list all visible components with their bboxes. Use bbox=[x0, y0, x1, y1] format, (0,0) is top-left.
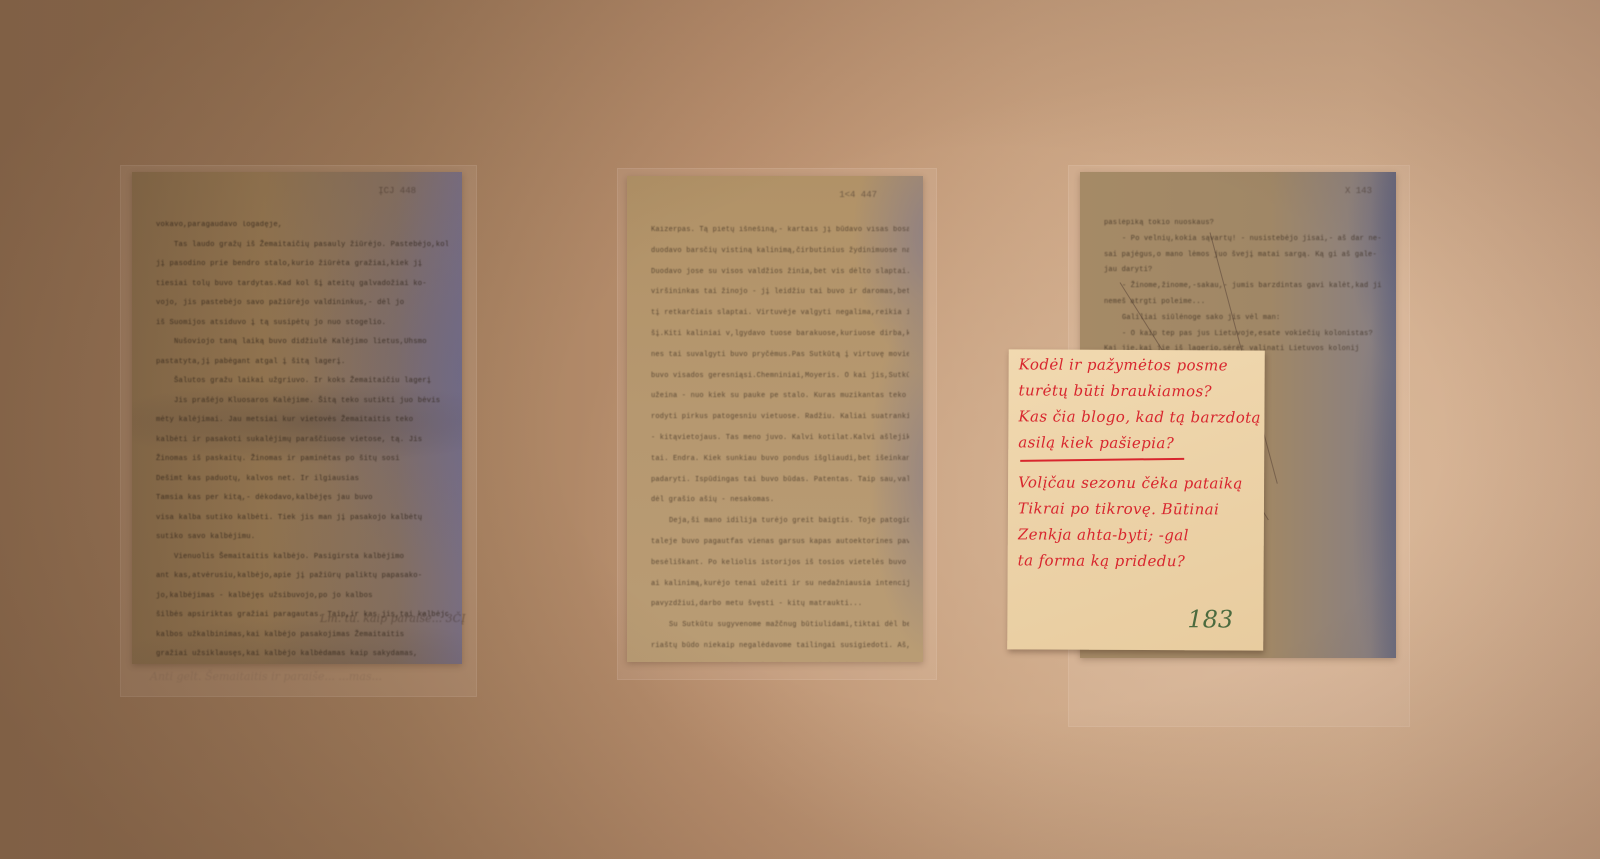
text-line: Nušoviojo taną laiką buvo didžiulė Kalėj… bbox=[156, 333, 448, 353]
typewritten-text: Kaizerpas. Tą pietų išnešiną,- kartais j… bbox=[651, 220, 909, 662]
text-line: užeina - nuo kiek su pauke pe stalo. Kur… bbox=[651, 386, 909, 407]
text-line: nes tai suvalgyti buvo pryčėmus.Pas Sutk… bbox=[651, 345, 909, 366]
text-line: iš Suomijos atsiduvo į tą susipėtų jo nu… bbox=[156, 314, 448, 334]
text-line: Žinomas iš paskaitų. Žinomas ir paminėta… bbox=[156, 450, 448, 470]
note-line: Tikrai po tikrovę. Būtinai bbox=[1018, 495, 1260, 522]
text-line: - Žinome,žinome,-sakau,- jumis barzdinta… bbox=[1104, 279, 1382, 295]
text-line: Dešimt kas paduotų, kalvos net. Ir ilgia… bbox=[156, 470, 448, 490]
text-line: Su Sutkūtu sugyvenome mažčnug būtiulidam… bbox=[651, 615, 909, 636]
page-number: ĮCJ 448 bbox=[378, 186, 416, 196]
text-line: pavyzdžiui,darbo metu švęsti - kitų matr… bbox=[651, 594, 909, 615]
text-line: Tamsia kas per kitą,- dėkodavo,kalbėjęs … bbox=[156, 489, 448, 509]
text-line: Šalutos gražu laikai užgriuvo. Ir koks Ž… bbox=[156, 372, 448, 392]
text-line: taleje buvo pagautfas vienas garsus kapa… bbox=[651, 532, 909, 553]
text-line: pastatyta,jį pabėgant atgal į šitą lager… bbox=[156, 353, 448, 373]
folio-number: 183 bbox=[1187, 605, 1233, 633]
note-line: Kodėl ir pažymėtos posme bbox=[1019, 351, 1261, 378]
text-line: Tas laudo gražų iš Žemaitaičių pasauly ž… bbox=[156, 236, 448, 256]
text-line: sai pajėgus,o mano lėmos juo švejį matai… bbox=[1104, 248, 1382, 264]
text-line: viršininkas tai žinojo - jį leidžiu tai … bbox=[651, 282, 909, 303]
text-line: Jis prašėjo Kluosaros Kalėjime. Šitą tek… bbox=[156, 392, 448, 412]
text-line: besėliškant. Po keliolis istorijos iš to… bbox=[651, 553, 909, 574]
text-line: dėl grašio ašių - nesakomas. bbox=[651, 490, 909, 511]
faint-signature: Lm. tu. kaip paraiše... 3ČĮ bbox=[320, 612, 465, 625]
text-line: padaryti. Ispūdingas tai buvo būdas. Pat… bbox=[651, 470, 909, 491]
text-line: jo,kalbėjimas - kalbėjęs užsibuvojo,po j… bbox=[156, 587, 448, 607]
handwritten-sticky-note: Kodėl ir pažymėtos posme turėtų būti bra… bbox=[1007, 349, 1265, 650]
typewritten-page-middle: 1<4 447 Kaizerpas. Tą pietų išnešiną,- k… bbox=[627, 176, 923, 662]
page-number: X 143 bbox=[1345, 186, 1372, 196]
text-line: Kaizerpas. Tą pietų išnešiną,- kartais j… bbox=[651, 220, 909, 241]
note-divider bbox=[1020, 458, 1184, 462]
text-line: šį.Kiti kaliniai v,lgydavo tuose barakuo… bbox=[651, 324, 909, 345]
text-line: duodavo barsčių vistiną kalinimą,čirbuti… bbox=[651, 241, 909, 262]
text-line: - O kaip tep pas jus Lietuvoje,esate vok… bbox=[1104, 327, 1382, 343]
text-line: visa kalba sutiko kalbėti. Tiek jis man … bbox=[156, 509, 448, 529]
text-line: Deja,ši mano idilija turėjo greit baigti… bbox=[651, 511, 909, 532]
note-line: ta forma ką pridedu? bbox=[1018, 547, 1260, 574]
text-line: kalbos užkalbinimas,kai kalbėjo pasakoji… bbox=[156, 626, 448, 646]
text-line: ai kalinimą,kurėjo tenai užeiti ir su ne… bbox=[651, 574, 909, 595]
text-line: vojo, jis pastebėjo savo pažiūrėjo valdi… bbox=[156, 294, 448, 314]
typewritten-text: vokavo,paragaudavo logadęje,Tas laudo gr… bbox=[156, 216, 448, 664]
text-line: Duodavo jose su visos valdžios žinia,bet… bbox=[651, 262, 909, 283]
text-line: gražiai užsiklausęs,kai kalbėjo kalbėdam… bbox=[156, 645, 448, 664]
text-line: mėty kalėjimai. Jau metsiai kur vietovės… bbox=[156, 411, 448, 431]
text-line: - Po velnių,kokia sąvartų! - nusistebėjo… bbox=[1104, 232, 1382, 248]
note-line: turėtų būti braukiamos? bbox=[1019, 377, 1261, 404]
note-line: asilą kiek pašiepia? bbox=[1018, 429, 1260, 456]
text-line: kalbėti ir pasakoti sukalėjimų paraščiuo… bbox=[156, 431, 448, 451]
text-line: vokavo,paragaudavo logadęje, bbox=[156, 216, 448, 236]
typewritten-page-left: ĮCJ 448 vokavo,paragaudavo logadęje,Tas … bbox=[132, 172, 462, 664]
note-line: Zenkja ahta-byti; -gal bbox=[1018, 521, 1260, 548]
text-line: jau daryti? bbox=[1104, 263, 1382, 279]
text-line: tiesiai tolų buvo tardytas.Kad kol šį at… bbox=[156, 275, 448, 295]
text-line: tį retkarčiais slaptai. Virtuvėje valgyt… bbox=[651, 303, 909, 324]
note-question-2: Volįčau sezonu čėka pataiką Tikrai po ti… bbox=[1018, 469, 1261, 574]
faint-marginalia: Anti gelt. Šemaitaitis ir paraiše... ...… bbox=[150, 670, 382, 683]
text-line: - kitąvietojaus. Tas meno juvo. Kalvi ko… bbox=[651, 428, 909, 449]
text-line: kvėstų gražių metelių praleidžo Bavarijo… bbox=[651, 657, 909, 662]
text-line: tai. Endra. Kiek sunkiau buvo pondus išg… bbox=[651, 449, 909, 470]
text-line: rodyti pirkus patogesniu vietuose. Radži… bbox=[651, 407, 909, 428]
note-question-1: Kodėl ir pažymėtos posme turėtų būti bra… bbox=[1018, 351, 1261, 456]
text-line: sutiko savo kalbėjimu. bbox=[156, 528, 448, 548]
note-line: Volįčau sezonu čėka pataiką bbox=[1018, 469, 1260, 496]
page-number: 1<4 447 bbox=[839, 190, 877, 200]
text-line: paslėpiką tokio nuoskaus? bbox=[1104, 216, 1382, 232]
text-line: Vienuolis Šemaitaitis kalbėjo. Pasigirst… bbox=[156, 548, 448, 568]
note-line: Kas čia blogo, kad tą barzdotą bbox=[1018, 403, 1260, 430]
text-line: ant kas,atvėrusiu,kalbėjo,apie jį pažiūr… bbox=[156, 567, 448, 587]
text-line: riaštų būdo niekaip negalėdavome tailing… bbox=[651, 636, 909, 657]
text-line: nemeš atrgti poleime... bbox=[1104, 295, 1382, 311]
text-line: buvo visados geresniąsi.Chemniniai,Moyer… bbox=[651, 366, 909, 387]
text-line: jį pasodino prie bendro stalo,kurio žiūr… bbox=[156, 255, 448, 275]
